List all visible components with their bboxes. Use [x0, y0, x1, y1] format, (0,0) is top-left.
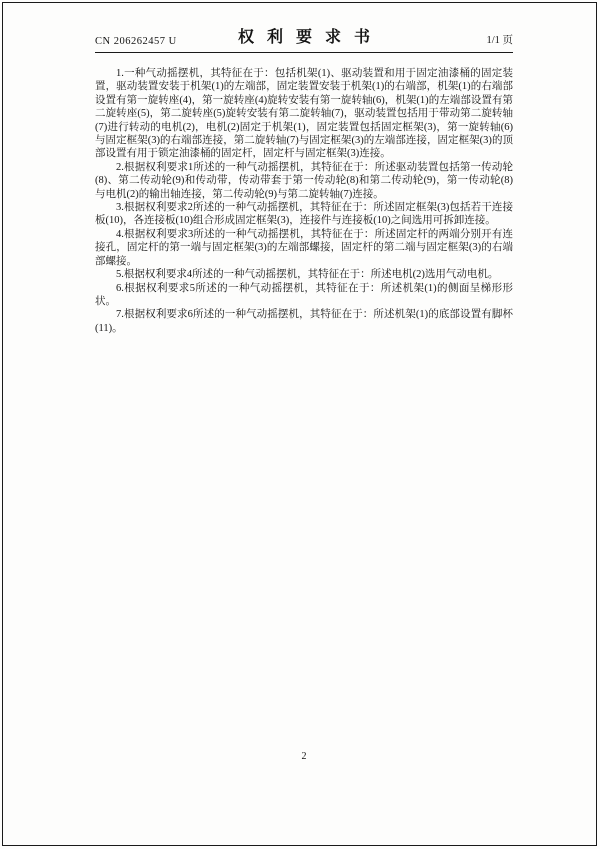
claim-paragraph: 5.根据权利要求4所述的一种气动摇摆机，其特征在于：所述电机(2)选用气动电机。	[95, 268, 513, 281]
document-page: CN 206262457 U 权利要求书 1/1 页 1.一种气动摇摆机，其特征…	[95, 24, 513, 335]
page-indicator: 1/1 页	[383, 32, 513, 47]
claim-paragraph: 1.一种气动摇摆机，其特征在于：包括机架(1)、驱动装置和用于固定油漆桶的固定装…	[95, 67, 513, 161]
claim-paragraph: 3.根据权利要求2所述的一种气动摇摆机，其特征在于：所述固定框架(3)包括若干连…	[95, 201, 513, 228]
patent-number: CN 206262457 U	[95, 36, 225, 47]
footer-page-number: 2	[95, 751, 513, 762]
claims-section: 1.一种气动摇摆机，其特征在于：包括机架(1)、驱动装置和用于固定油漆桶的固定装…	[95, 67, 513, 335]
page-header: CN 206262457 U 权利要求书 1/1 页	[95, 24, 513, 53]
claim-paragraph: 6.根据权利要求5所述的一种气动摇摆机，其特征在于：所述机架(1)的侧面呈梯形形…	[95, 282, 513, 309]
claim-paragraph: 4.根据权利要求3所述的一种气动摇摆机，其特征在于：所述固定杆的两端分别开有连接…	[95, 228, 513, 268]
claim-paragraph: 2.根据权利要求1所述的一种气动摇摆机，其特征在于：所述驱动装置包括第一传动轮(…	[95, 161, 513, 201]
claim-paragraph: 7.根据权利要求6所述的一种气动摇摆机，其特征在于：所述机架(1)的底部设置有脚…	[95, 308, 513, 335]
page-title: 权利要求书	[225, 24, 383, 47]
